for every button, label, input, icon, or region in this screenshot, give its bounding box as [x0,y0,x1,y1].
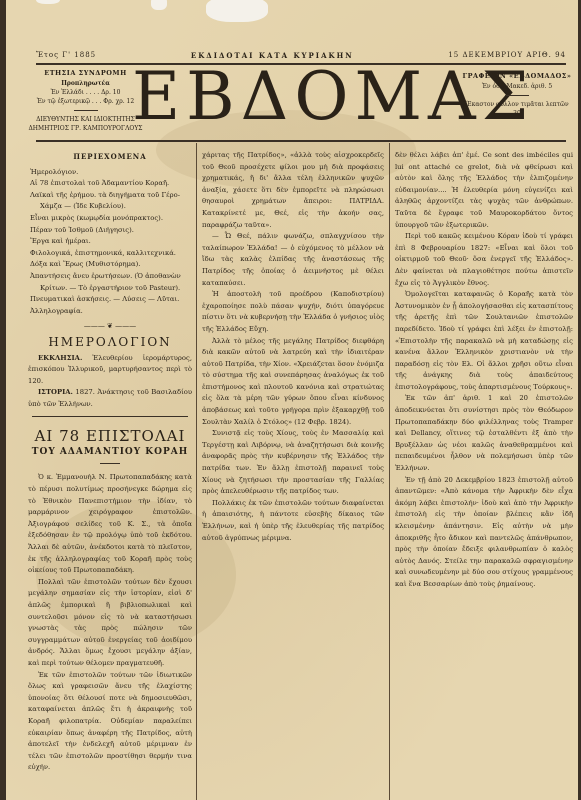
article-paragraph: Περὶ τοῦ κακῶς κειμένου Κόραν ἰδοὺ τί γρ… [395,231,573,289]
masthead-bottom-rule [36,140,566,142]
divider [100,463,120,464]
article-paragraph: χάριτας τῆς Πατρίδος», «ἀλλὰ τοὺς αἰσχρο… [202,150,384,231]
director-label: ΔΙΕΥΘΥΝΤΗΣ ΚΑΙ ΙΔΙΟΚΤΗΤΗΣ [28,115,143,124]
calendar-history: ΙΣΤΟΡΙΑ. 1827. Ἀνάκτησις τοῦ Βασιλαδίου … [28,387,192,410]
paper-tear [206,0,268,22]
contents-item: Πνευματικαὶ ἀσκήσεις. — Λύσεις — Λῦται. [28,294,192,306]
subscription-subheading: Προπληρωτέα [28,79,143,88]
column-1: ΠΕΡΙΕΧΟΜΕΝΑ Ἡμερολόγιον. Αἱ 78 ἐπιστολαὶ… [28,143,192,800]
contents-item: Εἶναι μικρὸς (κωμῳδία μονόπρακτος). [28,213,192,225]
contents-item: Αἱ 78 ἐπιστολαὶ τοῦ Ἀδαμαντίου Κοραῆ. [28,178,192,190]
contents-item: Ἀλληλογραφία. [28,306,192,318]
section-rule [32,416,188,417]
subscription-line: Ἐν Ἑλλάδι . . . . Δρ. 10 [28,88,143,97]
contents-item: Πέραν τοῦ Ἰσθμοῦ (Διήγησις). [28,225,192,237]
contents-item: Δόξα καὶ Ἔρως (Μυθιστόρημα). [28,259,192,271]
subscription-line: Ἐν τῷ ἐξωτερικῷ . . . Φρ. χρ. 12 [28,97,143,106]
contents-item: Λαϊκαὶ τῆς ἐρήμου. τὰ διηγήματα τοῦ Γέρο… [28,190,192,202]
contents-item: Χάμζα — (Ἰδε Κυβελίου). [28,201,192,213]
article-paragraph: Ἐκ τῶν ἀπ' ἀριθ. 1 καὶ 20 ἐπιστολῶν ἀποδ… [395,393,573,474]
article-title: ΑΙ 78 ΕΠΙΣΤΟΛΑΙ [28,427,192,445]
subscription-heading: ΕΤΗΣΙΑ ΣΥΝΔΡΟΜΗ [28,69,143,79]
calendar-church: ΕΚΚΛΗΣΙΑ. Ἐλευθερίου ἱερομάρτυρος, ἐπισκ… [28,353,192,388]
article-paragraph: Ἀλλὰ τὸ μέλος τῆς μεγάλης Πατρίδος διεφθ… [202,336,384,429]
article-paragraph: Ἐκ τῶν ἐπιστολῶν τούτων τῶν ἰδιωτικῶν ὅλ… [28,670,192,774]
office-box: ΓΡΑΦΕΙΟΝ «ΕΒΔΟΜΑΔΟΣ» Ἐν ὁδῷ Μακεδ. ἀριθ.… [462,72,572,118]
ornament-divider: ——— ❦ ——— [28,321,192,333]
history-label: ΙΣΤΟΡΙΑ. [38,388,73,396]
paper-tear [36,0,60,4]
article-paragraph: Πολλαὶ τῶν ἐπιστολῶν τούτων δὲν ἔχουσι μ… [28,577,192,670]
article-paragraph: Ὁ κ. Ἐμμανουὴλ Ν. Πρωτοπαπαδάκης κατὰ τὸ… [28,472,192,576]
contents-item: Κρίτων. — Τὸ ἐργαστήριον τοῦ Pasteur). [28,283,192,295]
divider [74,110,98,111]
contents-heading: ΠΕΡΙΕΧΟΜΕΝΑ [28,151,192,163]
column-divider [389,143,390,800]
year-issue: Ἔτος Γ' 1885 [36,51,96,59]
article-paragraph: Ἡ ἀποστολὴ τοῦ προέδρου (Καποδιστρίου) ἐ… [202,289,384,335]
article-paragraph: Πολλάκις ἐκ τῶν ἐπιστολῶν τούτων διαφαίν… [202,498,384,544]
newspaper-page: Ἔτος Γ' 1885 ΕΚΔΙΔΟΤΑΙ ΚΑΤΑ ΚΥΡΙΑΚΗΝ 15 … [6,0,578,800]
subscription-box: ΕΤΗΣΙΑ ΣΥΝΔΡΟΜΗ Προπληρωτέα Ἐν Ἑλλάδι . … [28,69,143,133]
contents-item: Φιλολογικά, ἐπιστημονικά, καλλιτεχνικά. [28,248,192,260]
church-label: ΕΚΚΛΗΣΙΑ. [38,354,82,362]
column-3: δὲν θέλει λάβει ἀπ' ἐμέ. Ce sont des imb… [395,150,573,800]
article-paragraph: Ἐν τῇ ἀπὸ 20 Δεκεμβρίου 1823 ἐπιστολῇ αὐ… [395,475,573,591]
office-address: Ἐν ὁδῷ Μακεδ. ἀριθ. 5 [462,82,572,91]
office-heading: ΓΡΑΦΕΙΟΝ «ΕΒΔΟΜΑΔΟΣ» [462,72,572,82]
paper-tear [151,0,167,10]
article-paragraph: Συνιστᾷ εἰς τοὺς Χίους, τοὺς ἐν Μασσαλίᾳ… [202,428,384,498]
article-paragraph: δὲν θέλει λάβει ἀπ' ἐμέ. Ce sont des imb… [395,150,573,231]
price-note: Ἕκαστον φύλλον τιμᾶται λεπτῶν 30 [462,100,572,118]
divider [505,95,529,96]
contents-item: Ἡμερολόγιον. [28,167,192,179]
article-subtitle: ΤΟΥ ΑΔΑΜΑΝΤΙΟΥ ΚΟΡΑΗ [28,445,192,459]
contents-item: Ἔργα καὶ ἡμέραι. [28,236,192,248]
director-name: ΔΗΜΗΤΡΙΟΣ ΓΡ. ΚΑΜΠΟΥΡΟΓΛΟΥΣ [28,124,143,133]
column-2: χάριτας τῆς Πατρίδος», «ἀλλὰ τοὺς αἰσχρο… [202,150,384,800]
contents-item: Ἀπαντήσεις ἄνευ ἐρωτήσεων. (Ὁ ἀποθανὼν [28,271,192,283]
article-paragraph: Ὁμολογεῖται καταφανῶς ὁ Κοραῆς κατὰ τὸν … [395,289,573,393]
calendar-heading: ΗΜΕΡΟΛΟΓΙΟΝ [28,337,192,349]
article-paragraph: — Ὦ Θεέ, πάλιν φωνάζω, σπλαγχνίσου τὴν τ… [202,231,384,289]
column-divider [196,143,197,800]
contents-list: Ἡμερολόγιον. Αἱ 78 ἐπιστολαὶ τοῦ Ἀδαμαντ… [28,167,192,318]
